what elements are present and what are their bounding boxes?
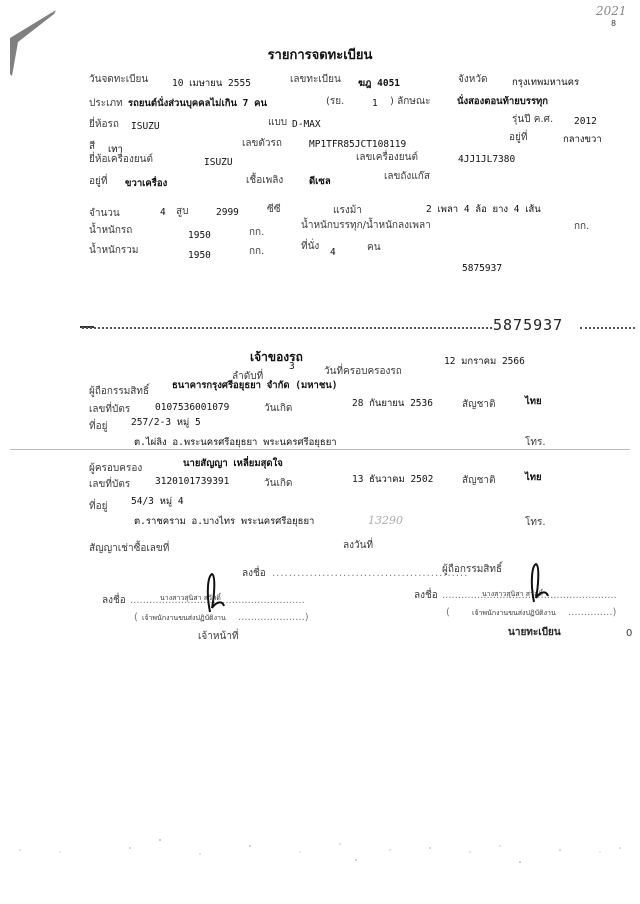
possessor-nationality-label: สัญชาติ (462, 475, 496, 487)
right-signer-role: นายทะเบียน (508, 627, 561, 639)
seats-value: 4 (330, 247, 336, 259)
reg-date-value: 10 เมษายน 2555 (172, 78, 251, 90)
model-value: D-MAX (292, 119, 321, 131)
plate-value: ฆฎ 4051 (358, 78, 400, 90)
possessor-id-label: เลขที่บัตร (89, 479, 130, 491)
right-signature-mark (524, 562, 554, 606)
section-rule (10, 449, 630, 450)
holder-address-line1: 257/2-3 หมู่ 5 (131, 417, 201, 429)
brand-value: ISUZU (131, 121, 160, 133)
dotted-divider (82, 327, 492, 329)
right-signer-position: เจ้าพนักงานขนส่งปฏิบัติงาน (472, 607, 556, 619)
chassis-location-label: อยู่ที่ (509, 132, 527, 144)
kg-unit-3: กก. (249, 246, 264, 258)
signed-date-label: ลงวันที่ (343, 540, 373, 552)
dotted-divider-tail (580, 327, 635, 329)
weight-label: น้ำหนักรถ (89, 225, 132, 237)
holder-value: ธนาคารกรุงศรีอยุธยา จำกัด (มหาชน) (172, 380, 338, 392)
left-position-dots: .....................) (238, 612, 309, 624)
kg-unit-1: กก. (249, 227, 264, 239)
ry-label: (รย. (326, 96, 344, 108)
reference-number: 5875937 (462, 263, 502, 275)
chassis-value: MP1TFR85JCT108119 (309, 139, 406, 151)
holder-sign-label: ลงชื่อ (242, 568, 266, 580)
province-value: กรุงเทพมหานคร (512, 77, 579, 89)
holder-address-line2: ต.ไผ่ลิง อ.พระนครศรีอยุธยา พระนครศรีอยุธ… (134, 437, 337, 449)
possessor-nationality-value: ไทย (525, 472, 542, 484)
cc-label: ซีซี (267, 204, 281, 216)
possessor-value: นายสัญญา เหลี่ยมสุดใจ (183, 458, 283, 470)
engine-brand-label: ยี่ห้อเครื่องยนต์ (89, 154, 153, 166)
fuel-label: เชื้อเพลิง (246, 175, 283, 187)
engine-location-label: อยู่ที่ (89, 176, 107, 188)
gas-tank-label: เลขถังแก๊ส (384, 171, 430, 183)
count-label: จำนวน (89, 208, 120, 220)
type-value: รถยนต์นั่งส่วนบุคคลไม่เกิน 7 คน (128, 98, 267, 110)
cylinders-value: 4 (160, 207, 166, 219)
gross-weight-value: 1950 (188, 250, 211, 262)
holder-dob-label: วันเกิด (264, 403, 292, 415)
holder-address-label: ที่อยู่ (89, 421, 107, 433)
owner-title: เจ้าของรถ (250, 348, 303, 367)
year-label: รุ่นปี ค.ศ. (512, 114, 553, 126)
kg-unit-2: กก. (574, 221, 589, 233)
left-signature-mark (200, 572, 230, 616)
right-mark: 0 (626, 628, 632, 640)
right-sign-label: ลงชื่อ (414, 590, 438, 602)
holder-sign-role: ผู้ถือกรรมสิทธิ์ (442, 564, 502, 576)
left-position-open: ( (134, 612, 138, 624)
style-value: นั่งสองตอนท้ายบรรทุก (457, 96, 548, 108)
year-value: 2012 (574, 116, 597, 128)
holder-id-value: 0107536001079 (155, 402, 229, 414)
scan-noise (0, 830, 640, 870)
seats-label: ที่นั่ง (301, 241, 319, 253)
type-label: ประเภท (89, 98, 123, 110)
chassis-label: เลขตัวรถ (242, 138, 282, 150)
brand-label: ยี่ห้อรถ (89, 119, 119, 131)
scan-edge-artifact (8, 8, 58, 78)
possessor-label: ผู้ครอบครอง (89, 463, 142, 475)
handwritten-note: 13290 (368, 514, 403, 527)
possession-date-label: วันที่ครอบครองรถ (324, 366, 402, 378)
right-position-dots: ..............) (568, 607, 616, 619)
left-sign-label: ลงชื่อ (102, 595, 126, 607)
weight-value: 1950 (188, 230, 211, 242)
holder-nationality-value: ไทย (525, 396, 542, 408)
corner-small-number: 8 (611, 18, 616, 30)
engine-no-label: เลขเครื่องยนต์ (356, 152, 418, 164)
holder-tel-label: โทร. (525, 437, 546, 449)
possessor-dob-value: 13 ธันวาคม 2502 (352, 474, 433, 486)
divider-number: 5875937 (493, 316, 563, 334)
possessor-address-label: ที่อยู่ (89, 501, 107, 513)
document-title: รายการจดทะเบียน (0, 44, 640, 65)
cylinders-label: สูบ (176, 206, 188, 218)
horsepower-label: แรงม้า (333, 205, 362, 217)
left-signer-role: เจ้าหน้าที่ (198, 631, 239, 643)
persons-label: คน (367, 242, 381, 254)
fuel-value: ดีเซล (309, 176, 331, 188)
plate-label: เลขทะเบียน (290, 74, 341, 86)
possessor-address-line1: 54/3 หมู่ 4 (131, 496, 184, 508)
axles-wheels-value: 2 เพลา 4 ล้อ ยาง 4 เส้น (426, 204, 541, 216)
ry-value: 1 (372, 98, 378, 110)
right-position-open: ( (446, 607, 450, 619)
holder-sign-dots: ........................................… (272, 568, 468, 580)
possessor-address-line2: ต.ราชคราม อ.บางไทร พระนครศรีอยุธยา (134, 516, 314, 528)
model-label: แบบ (268, 117, 287, 129)
load-label: น้ำหนักบรรทุก/น้ำหนักลงเพลา (301, 220, 431, 232)
possessor-id-value: 3120101739391 (155, 476, 229, 488)
holder-label: ผู้ถือกรรมสิทธิ์ (89, 386, 149, 398)
cc-value: 2999 (216, 207, 239, 219)
province-label: จังหวัด (458, 74, 487, 86)
sequence-value: 3 (289, 361, 295, 373)
holder-id-label: เลขที่บัตร (89, 404, 130, 416)
color-label: สี (89, 141, 95, 153)
possessor-dob-label: วันเกิด (264, 478, 292, 490)
reg-date-label: วันจดทะเบียน (89, 74, 148, 86)
possessor-tel-label: โทร. (525, 517, 546, 529)
left-signer-position: เจ้าพนักงานขนส่งปฏิบัติงาน (142, 612, 226, 624)
holder-nationality-label: สัญชาติ (462, 399, 496, 411)
hire-purchase-label: สัญญาเช่าซื้อเลขที่ (89, 543, 169, 555)
holder-dob-value: 28 กันยายน 2536 (352, 398, 433, 410)
chassis-location-value: กลางขวา (563, 134, 602, 146)
corner-handwritten-number: 2021 (596, 4, 627, 18)
gross-weight-label: น้ำหนักรวม (89, 245, 139, 257)
engine-brand-value: ISUZU (204, 157, 233, 169)
engine-no-value: 4JJ1JL7380 (458, 154, 515, 166)
engine-location-value: ขวาเครื่อง (125, 178, 167, 190)
possession-date-value: 12 มกราคม 2566 (444, 356, 525, 368)
style-label: ) ลักษณะ (390, 96, 431, 108)
